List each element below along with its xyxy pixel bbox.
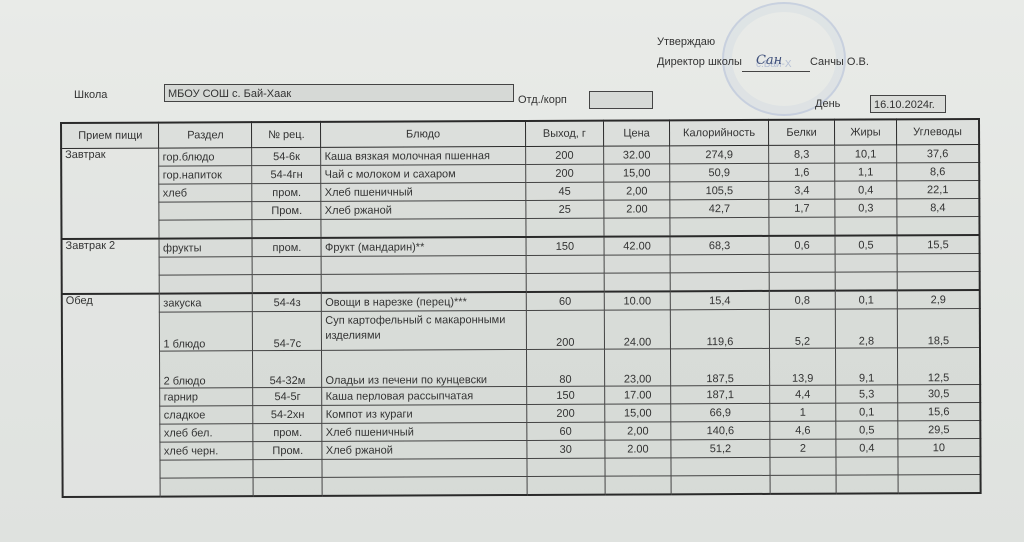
yield-cell xyxy=(526,255,604,273)
protein-cell: 5,2 xyxy=(769,309,835,348)
protein-cell: 3,4 xyxy=(769,181,835,199)
calories-cell xyxy=(670,254,769,272)
yield-cell xyxy=(526,218,604,237)
recipe-cell: Пром. xyxy=(252,201,321,219)
column-header: Жиры xyxy=(835,119,897,145)
price-cell xyxy=(604,255,670,273)
date-field: 16.10.2024г. xyxy=(870,95,946,113)
table-row: 1 блюдо54-7сСуп картофельный с макаронны… xyxy=(62,308,980,351)
recipe-cell: 54-32м xyxy=(253,350,322,387)
table-header-row: Прием пищиРаздел№ рец.БлюдоВыход, гЦенаК… xyxy=(61,119,979,149)
director-label: Директор школы xyxy=(657,56,742,68)
carbs-cell: 18,5 xyxy=(897,308,980,347)
carbs-cell xyxy=(897,253,980,271)
price-cell: 2,00 xyxy=(604,182,670,200)
carbs-cell: 30,5 xyxy=(898,384,981,402)
column-header: Прием пищи xyxy=(61,123,159,149)
column-header: Калорийность xyxy=(670,120,769,146)
dish-cell xyxy=(322,458,526,477)
price-cell: 17.00 xyxy=(605,386,671,404)
carbs-cell: 8,6 xyxy=(897,162,980,180)
fat-cell: 2,8 xyxy=(835,309,897,348)
yield-cell: 150 xyxy=(526,386,604,404)
calories-cell xyxy=(671,457,770,475)
fat-cell: 0,1 xyxy=(836,403,898,421)
protein-cell: 0,6 xyxy=(769,236,835,255)
price-cell: 2,00 xyxy=(605,422,671,440)
column-header: № рец. xyxy=(252,122,321,148)
carbs-cell: 10 xyxy=(898,438,981,456)
protein-cell xyxy=(770,475,836,494)
dish-cell xyxy=(321,218,525,237)
meal-name: Обед xyxy=(62,294,161,497)
carbs-cell: 22,1 xyxy=(897,180,980,198)
signature-line: Сан xyxy=(742,59,810,72)
recipe-cell: 54-4гн xyxy=(252,165,321,183)
column-header: Блюдо xyxy=(321,121,525,147)
carbs-cell xyxy=(898,456,981,474)
dish-cell xyxy=(321,255,525,274)
calories-cell: 274,9 xyxy=(670,145,769,163)
fat-cell: 0,4 xyxy=(836,439,898,457)
table-row xyxy=(63,474,981,497)
yield-cell: 60 xyxy=(526,292,604,311)
recipe-cell: пром. xyxy=(253,423,322,441)
section-cell: 2 блюдо xyxy=(160,351,253,388)
yield-cell: 200 xyxy=(525,164,603,182)
recipe-cell xyxy=(252,274,321,293)
carbs-cell: 15,6 xyxy=(898,402,981,420)
recipe-cell: 54-2хн xyxy=(253,405,322,423)
column-header: Выход, г xyxy=(525,121,604,147)
fat-cell: 1,1 xyxy=(835,163,897,181)
column-header: Углеводы xyxy=(896,119,979,145)
protein-cell: 8,3 xyxy=(769,145,835,163)
recipe-cell xyxy=(253,459,322,477)
protein-cell: 4,4 xyxy=(770,385,836,403)
protein-cell: 1 xyxy=(770,403,836,421)
price-cell: 2.00 xyxy=(605,440,671,458)
section-cell xyxy=(160,257,253,275)
price-cell: 24.00 xyxy=(604,310,670,349)
carbs-cell: 12,5 xyxy=(897,347,980,384)
section-cell xyxy=(160,275,253,294)
dish-cell: Суп картофельный с макаронными изделиями xyxy=(322,310,526,350)
dish-cell: Овощи в нарезке (перец)*** xyxy=(322,292,526,311)
calories-cell: 50,9 xyxy=(670,163,769,181)
protein-cell: 4,6 xyxy=(770,421,836,439)
recipe-cell: Пром. xyxy=(253,441,322,459)
protein-cell: 0,8 xyxy=(769,291,835,310)
fat-cell: 0,4 xyxy=(835,181,897,199)
section-cell: закуска xyxy=(160,293,253,312)
dish-cell: Хлеб пшеничный xyxy=(321,182,525,201)
protein-cell xyxy=(770,457,836,475)
calories-cell xyxy=(670,217,769,236)
fat-cell xyxy=(835,217,897,236)
calories-cell: 105,5 xyxy=(670,181,769,199)
price-cell xyxy=(604,273,670,292)
fat-cell xyxy=(835,254,897,272)
fat-cell xyxy=(836,475,898,494)
price-cell xyxy=(604,218,670,237)
yield-cell: 60 xyxy=(526,422,604,440)
yield-cell: 200 xyxy=(525,146,603,164)
calories-cell: 187,1 xyxy=(671,385,770,403)
yield-cell: 150 xyxy=(526,237,604,256)
dept-label: Отд./корп xyxy=(518,94,567,106)
yield-cell xyxy=(526,273,604,292)
fat-cell: 0,3 xyxy=(835,199,897,217)
yield-cell: 200 xyxy=(526,404,604,422)
recipe-cell xyxy=(252,219,321,238)
carbs-cell: 2,9 xyxy=(897,290,980,309)
recipe-cell: 54-5г xyxy=(253,387,322,405)
section-cell xyxy=(161,478,254,497)
calories-cell: 119,6 xyxy=(670,309,769,348)
section-cell: 1 блюдо xyxy=(160,312,253,351)
protein-cell xyxy=(769,254,835,272)
section-cell: гор.блюдо xyxy=(159,148,252,166)
dish-cell xyxy=(322,273,526,292)
dish-cell xyxy=(322,476,526,495)
column-header: Раздел xyxy=(159,122,252,148)
day-label: День xyxy=(815,98,840,110)
recipe-cell: 54-4з xyxy=(253,293,322,312)
carbs-cell: 37,6 xyxy=(897,144,980,162)
price-cell: 23,00 xyxy=(605,349,671,386)
carbs-cell: 8,4 xyxy=(897,198,980,216)
protein-cell: 1,6 xyxy=(769,163,835,181)
price-cell xyxy=(605,476,671,495)
yield-cell: 80 xyxy=(526,349,605,386)
signature: Сан xyxy=(756,51,782,71)
calories-cell: 187,5 xyxy=(671,348,770,385)
meal-name: Завтрак 2 xyxy=(62,239,160,294)
fat-cell: 0,5 xyxy=(835,235,897,254)
yield-cell: 200 xyxy=(526,310,605,349)
table-row: 2 блюдо54-32мОладьи из печени по кунцевс… xyxy=(62,347,980,388)
recipe-cell xyxy=(253,477,322,496)
section-cell xyxy=(159,202,252,220)
dish-cell: Хлеб пшеничный xyxy=(322,422,526,441)
carbs-cell: 29,5 xyxy=(898,420,981,438)
protein-cell xyxy=(769,217,835,236)
section-cell: хлеб xyxy=(159,184,252,202)
fat-cell: 0,5 xyxy=(836,421,898,439)
approval-block: Утверждаю Директор школыСанСанчы О.В. xyxy=(657,32,869,72)
column-header: Белки xyxy=(769,120,835,146)
yield-cell: 30 xyxy=(527,440,605,458)
carbs-cell xyxy=(898,474,981,493)
meal-name: Завтрак xyxy=(61,148,159,239)
section-cell: гор.напиток xyxy=(159,166,252,184)
menu-table: Прием пищиРаздел№ рец.БлюдоВыход, гЦенаК… xyxy=(60,118,982,498)
recipe-cell: 54-7с xyxy=(253,311,322,350)
yield-cell: 45 xyxy=(525,182,603,200)
protein-cell: 1,7 xyxy=(769,199,835,217)
recipe-cell: 54-6к xyxy=(252,147,321,165)
dish-cell: Каша перловая рассыпчатая xyxy=(322,386,526,405)
dish-cell: Хлеб ржаной xyxy=(322,440,526,459)
section-cell: хлеб черн. xyxy=(160,442,253,460)
dish-cell: Фрукт (мандарин)** xyxy=(321,237,525,256)
price-cell: 10.00 xyxy=(604,291,670,310)
price-cell: 42.00 xyxy=(604,236,670,255)
calories-cell: 68,3 xyxy=(670,236,769,255)
calories-cell: 66,9 xyxy=(671,403,770,421)
section-cell xyxy=(159,220,252,239)
recipe-cell xyxy=(252,256,321,274)
calories-cell: 15,4 xyxy=(670,291,769,310)
dept-field xyxy=(589,91,653,109)
dish-cell: Каша вязкая молочная пшенная xyxy=(321,146,525,165)
approve-label: Утверждаю xyxy=(657,32,869,52)
fat-cell: 10,1 xyxy=(835,145,897,163)
section-cell xyxy=(160,460,253,478)
price-cell: 32.00 xyxy=(604,146,670,164)
column-header: Цена xyxy=(604,120,670,146)
calories-cell: 51,2 xyxy=(671,439,770,457)
fat-cell: 9,1 xyxy=(836,348,898,385)
fat-cell: 5,3 xyxy=(836,385,898,403)
recipe-cell: пром. xyxy=(252,183,321,201)
carbs-cell xyxy=(897,271,980,290)
protein-cell xyxy=(769,272,835,291)
price-cell xyxy=(605,458,671,476)
calories-cell: 42,7 xyxy=(670,199,769,217)
price-cell: 15,00 xyxy=(605,404,671,422)
section-cell: гарнир xyxy=(160,388,253,406)
protein-cell: 13,9 xyxy=(770,348,836,385)
recipe-cell: пром. xyxy=(252,238,321,257)
fat-cell: 0,1 xyxy=(835,290,897,309)
carbs-cell: 15,5 xyxy=(897,235,980,254)
dish-cell: Хлеб ржаной xyxy=(321,200,525,219)
section-cell: сладкое xyxy=(160,406,253,424)
protein-cell: 2 xyxy=(770,439,836,457)
calories-cell: 140,6 xyxy=(671,421,770,439)
fat-cell xyxy=(836,457,898,475)
section-cell: хлеб бел. xyxy=(160,424,253,442)
carbs-cell xyxy=(897,216,980,235)
director-name: Санчы О.В. xyxy=(810,56,869,68)
school-label: Школа xyxy=(74,89,107,101)
dish-cell: Компот из кураги xyxy=(322,404,526,423)
price-cell: 15,00 xyxy=(604,164,670,182)
calories-cell xyxy=(670,272,769,291)
yield-cell xyxy=(527,458,605,476)
yield-cell xyxy=(527,476,605,495)
school-field: МБОУ СОШ с. Бай-Хаак xyxy=(164,84,514,102)
dish-cell: Оладьи из печени по кунцевски xyxy=(322,349,526,387)
fat-cell xyxy=(835,272,897,291)
price-cell: 2.00 xyxy=(604,200,670,218)
section-cell: фрукты xyxy=(159,238,252,257)
dish-cell: Чай с молоком и сахаром xyxy=(321,164,525,183)
calories-cell xyxy=(671,475,770,494)
yield-cell: 25 xyxy=(525,200,603,218)
